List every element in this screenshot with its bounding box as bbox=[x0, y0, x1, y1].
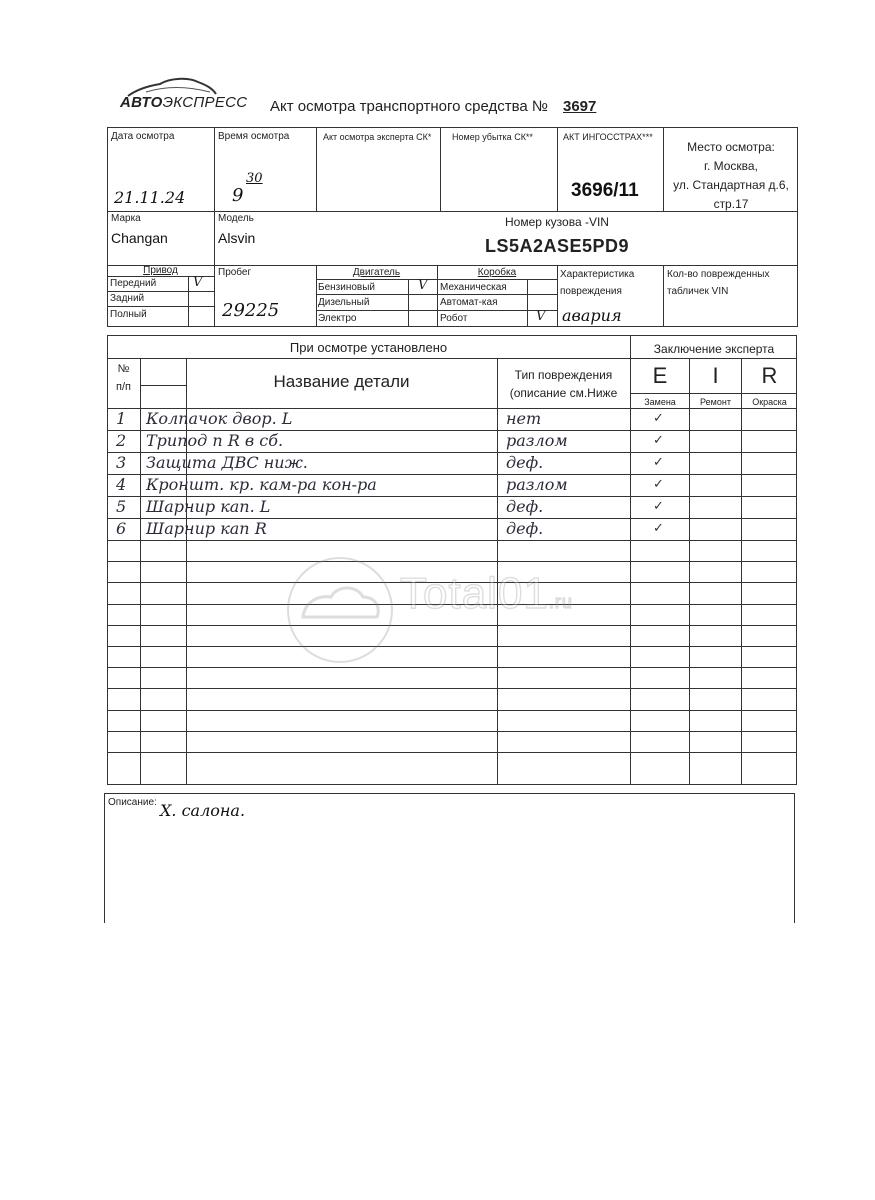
gearbox-robot-checkbox[interactable]: V bbox=[536, 309, 545, 324]
model-label: Модель bbox=[218, 213, 254, 224]
time-minutes[interactable]: 30 bbox=[246, 171, 263, 186]
row-number: 6 bbox=[116, 519, 126, 538]
engine-diesel-label: Дизельный bbox=[318, 297, 369, 308]
col-num-header-1: № bbox=[107, 363, 140, 375]
ingos-act-label: АКТ ИНГОССТРАХ*** bbox=[563, 132, 653, 142]
make-value[interactable]: Changan bbox=[111, 230, 168, 246]
description-value[interactable]: Х. салона. bbox=[160, 801, 245, 820]
damage-type[interactable]: разлом bbox=[506, 431, 568, 450]
engine-petrol-label: Бензиновый bbox=[318, 282, 375, 293]
damage-type[interactable]: деф. bbox=[506, 519, 543, 538]
row-number: 1 bbox=[116, 409, 126, 428]
gearbox-automatic-label: Автомат-кая bbox=[440, 297, 498, 308]
gearbox-label: Коробка bbox=[437, 267, 557, 278]
date-label: Дата осмотра bbox=[111, 131, 174, 142]
part-name[interactable]: Защита ДВС ниж. bbox=[146, 453, 308, 472]
vin-label: Номер кузова -VIN bbox=[316, 215, 798, 229]
col-num-header-2: п/п bbox=[107, 381, 140, 393]
ingos-act-value[interactable]: 3696/11 bbox=[571, 180, 639, 202]
logo-text: АВТОЭКСПРЕСС bbox=[120, 94, 247, 111]
table-row-empty[interactable] bbox=[107, 582, 797, 603]
date-value[interactable]: 21.11.24 bbox=[114, 188, 185, 207]
vin-plates-label-2: табличек VIN bbox=[667, 286, 728, 297]
part-name[interactable]: Шарнир кап. L bbox=[146, 497, 270, 516]
place-building: стр.17 bbox=[664, 195, 798, 214]
vin-value[interactable]: LS5A2ASE5PD9 bbox=[316, 236, 798, 257]
damage-type[interactable]: деф. bbox=[506, 497, 543, 516]
description-label: Описание: bbox=[108, 797, 157, 808]
table-row-empty[interactable] bbox=[107, 688, 797, 709]
col-r-subheader: Окраска bbox=[742, 397, 797, 407]
time-hours[interactable]: 9 bbox=[232, 185, 243, 206]
engine-label: Двигатель bbox=[316, 267, 437, 278]
mileage-label: Пробег bbox=[218, 267, 251, 278]
replace-check-icon[interactable]: ✓ bbox=[653, 455, 664, 470]
loss-number-label: Номер убытка СК** bbox=[452, 132, 533, 142]
engine-electric-label: Электро bbox=[318, 313, 356, 324]
document-title: Акт осмотра транспортного средства № bbox=[270, 98, 548, 115]
document-number: 3697 bbox=[563, 98, 596, 115]
damage-char-value[interactable]: авария bbox=[562, 306, 622, 325]
company-logo: АВТОЭКСПРЕСС bbox=[120, 76, 220, 120]
col-damage-header-1: Тип повреждения bbox=[497, 368, 630, 382]
table-row-empty[interactable] bbox=[107, 540, 797, 561]
gearbox-robot-label: Робот bbox=[440, 313, 467, 324]
vin-plates-label-1: Кол-во поврежденных bbox=[667, 269, 770, 280]
damage-type[interactable]: разлом bbox=[506, 475, 568, 494]
damage-char-label-1: Характеристика bbox=[560, 269, 634, 280]
table-row-empty[interactable] bbox=[107, 625, 797, 646]
inspection-place: Место осмотра: г. Москва, ул. Стандартна… bbox=[664, 138, 798, 214]
table-row-empty[interactable] bbox=[107, 710, 797, 731]
table-row-empty[interactable] bbox=[107, 752, 797, 773]
drive-front-label: Передний bbox=[110, 278, 156, 289]
part-name[interactable]: Колпачок двор. L bbox=[146, 409, 292, 428]
row-number: 3 bbox=[116, 453, 126, 472]
drive-front-checkbox[interactable]: V bbox=[193, 275, 202, 290]
col-r-header: R bbox=[742, 363, 797, 389]
model-value[interactable]: Alsvin bbox=[218, 230, 255, 246]
table-row-empty[interactable] bbox=[107, 604, 797, 625]
col-i-header: I bbox=[690, 363, 741, 389]
part-name[interactable]: Шарнир кап R bbox=[146, 519, 267, 538]
place-label: Место осмотра: bbox=[664, 138, 798, 157]
damage-type[interactable]: нет bbox=[506, 409, 541, 428]
col-part-header: Название детали bbox=[186, 372, 497, 392]
time-label: Время осмотра bbox=[218, 131, 289, 142]
table-row-empty[interactable] bbox=[107, 646, 797, 667]
expert-conclusion-title: Заключение эксперта bbox=[631, 342, 797, 356]
row-number: 2 bbox=[116, 431, 126, 450]
replace-check-icon[interactable]: ✓ bbox=[653, 433, 664, 448]
col-damage-header-2: (описание см.Ниже bbox=[497, 386, 630, 400]
row-number: 4 bbox=[116, 475, 126, 494]
make-label: Марка bbox=[111, 213, 141, 224]
replace-check-icon[interactable]: ✓ bbox=[653, 477, 664, 492]
col-e-subheader: Замена bbox=[631, 397, 689, 407]
col-e-header: E bbox=[631, 363, 689, 389]
table-row-empty[interactable] bbox=[107, 561, 797, 582]
replace-check-icon[interactable]: ✓ bbox=[653, 499, 664, 514]
part-name[interactable]: Трипод п R в сб. bbox=[146, 431, 283, 450]
table-row-empty[interactable] bbox=[107, 731, 797, 752]
engine-petrol-checkbox[interactable]: V bbox=[418, 278, 427, 293]
row-number: 5 bbox=[116, 497, 126, 516]
table-row-empty[interactable] bbox=[107, 667, 797, 688]
replace-check-icon[interactable]: ✓ bbox=[653, 411, 664, 426]
expert-act-label: Акт осмотра эксперта СК* bbox=[323, 132, 431, 142]
part-name[interactable]: Кроншт. кр. кам-ра кон-ра bbox=[146, 475, 377, 494]
replace-check-icon[interactable]: ✓ bbox=[653, 521, 664, 536]
place-city: г. Москва, bbox=[664, 157, 798, 176]
damage-char-label-2: повреждения bbox=[560, 286, 622, 297]
mileage-value[interactable]: 29225 bbox=[222, 300, 279, 321]
table-section-title: При осмотре установлено bbox=[107, 340, 630, 355]
gearbox-manual-label: Механическая bbox=[440, 282, 507, 293]
col-i-subheader: Ремонт bbox=[690, 397, 741, 407]
damage-type[interactable]: деф. bbox=[506, 453, 543, 472]
place-street: ул. Стандартная д.6, bbox=[664, 176, 798, 195]
drive-full-label: Полный bbox=[110, 309, 147, 320]
drive-rear-label: Задний bbox=[110, 293, 144, 304]
